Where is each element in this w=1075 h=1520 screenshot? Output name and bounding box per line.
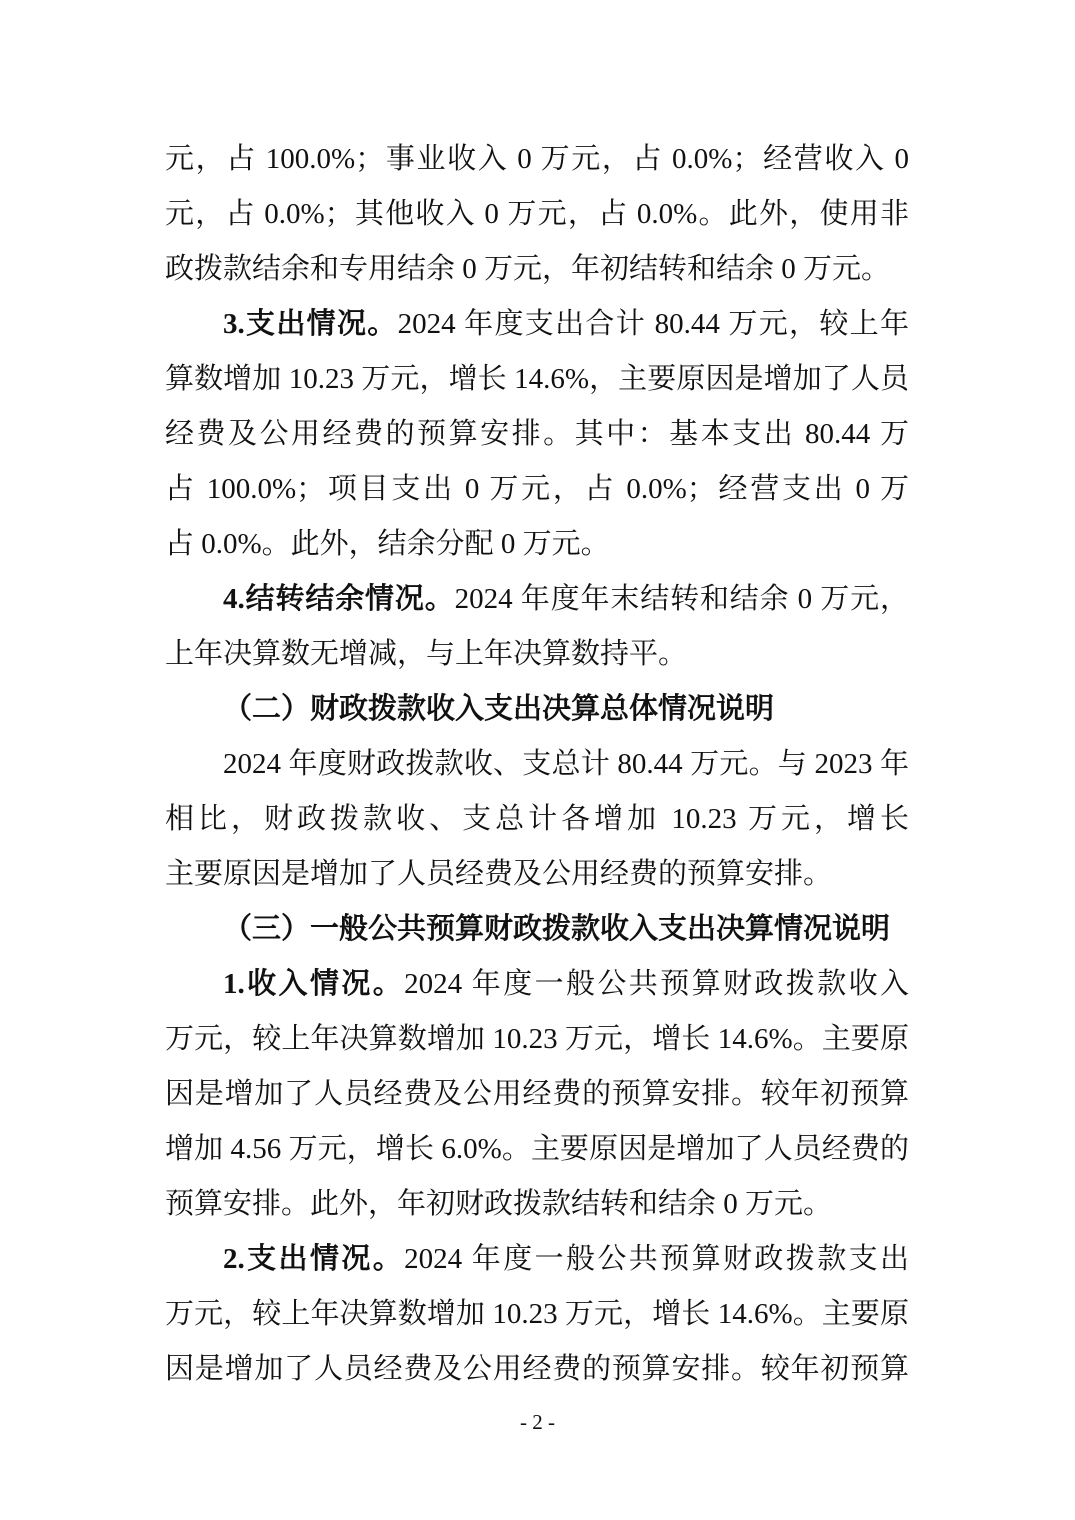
text-line: 3.支出情况。2024 年度支出合计 80.44 万元，较上年决 [165, 297, 909, 352]
paragraph-label: 3.支出情况。 [223, 308, 398, 340]
text-line: 政拨款结余和专用结余 0 万元，年初结转和结余 0 万元。 [165, 242, 909, 297]
section-heading: （三）一般公共预算财政拨款收入支出决算情况说明 [165, 902, 909, 957]
document-page: 元，占 100.0%；事业收入 0 万元，占 0.0%；经营收入 0 万元，占 … [0, 0, 1075, 1520]
text-line: 相比，财政拨款收、支总计各增加 10.23 万元，增长 14.6%。 [165, 792, 909, 847]
text-line: 增加 4.56 万元，增长 6.0%。主要原因是增加了人员经费的 [165, 1122, 909, 1177]
text-line: 元，占 0.0%；其他收入 0 万元，占 0.0%。此外，使用非财 [165, 187, 909, 242]
text-line: 4.结转结余情况。2024 年度年末结转和结余 0 万元，较 [165, 572, 909, 627]
text-line: 占 0.0%。此外，结余分配 0 万元。 [165, 517, 909, 572]
text-line: 算数增加 10.23 万元，增长 14.6%，主要原因是增加了人员 [165, 352, 909, 407]
paragraph-label: 4.结转结余情况。 [223, 583, 455, 615]
text-line: 上年决算数无增减，与上年决算数持平。 [165, 627, 909, 682]
text-line: 万元，较上年决算数增加 10.23 万元，增长 14.6%。主要原 [165, 1012, 909, 1067]
text-line: 2024 年度财政拨款收、支总计 80.44 万元。与 2023 年 [165, 737, 909, 792]
text-line: 元，占 100.0%；事业收入 0 万元，占 0.0%；经营收入 0 万 [165, 132, 909, 187]
text-line: 占 100.0%；项目支出 0 万元，占 0.0%；经营支出 0 万元， [165, 462, 909, 517]
section-heading: （二）财政拨款收入支出决算总体情况说明 [165, 682, 909, 737]
paragraph-label: 2.支出情况。 [223, 1243, 404, 1275]
text-line: 经费及公用经费的预算安排。其中：基本支出 80.44 万元， [165, 407, 909, 462]
text-line: 因是增加了人员经费及公用经费的预算安排。较年初预算数 [165, 1342, 909, 1397]
text-line: 因是增加了人员经费及公用经费的预算安排。较年初预算数 [165, 1067, 909, 1122]
text-line: 万元，较上年决算数增加 10.23 万元，增长 14.6%。主要原 [165, 1287, 909, 1342]
text-line: 2.支出情况。2024 年度一般公共预算财政拨款支出 80.44 [165, 1232, 909, 1287]
document-body: 元，占 100.0%；事业收入 0 万元，占 0.0%；经营收入 0 万元，占 … [165, 132, 909, 1397]
text-line: 预算安排。此外，年初财政拨款结转和结余 0 万元。 [165, 1177, 909, 1232]
text-line: 1.收入情况。2024 年度一般公共预算财政拨款收入 80.44 [165, 957, 909, 1012]
text-line: 主要原因是增加了人员经费及公用经费的预算安排。 [165, 847, 909, 902]
paragraph-label: 1.收入情况。 [223, 968, 404, 1000]
page-number: - 2 - [0, 1405, 1075, 1439]
